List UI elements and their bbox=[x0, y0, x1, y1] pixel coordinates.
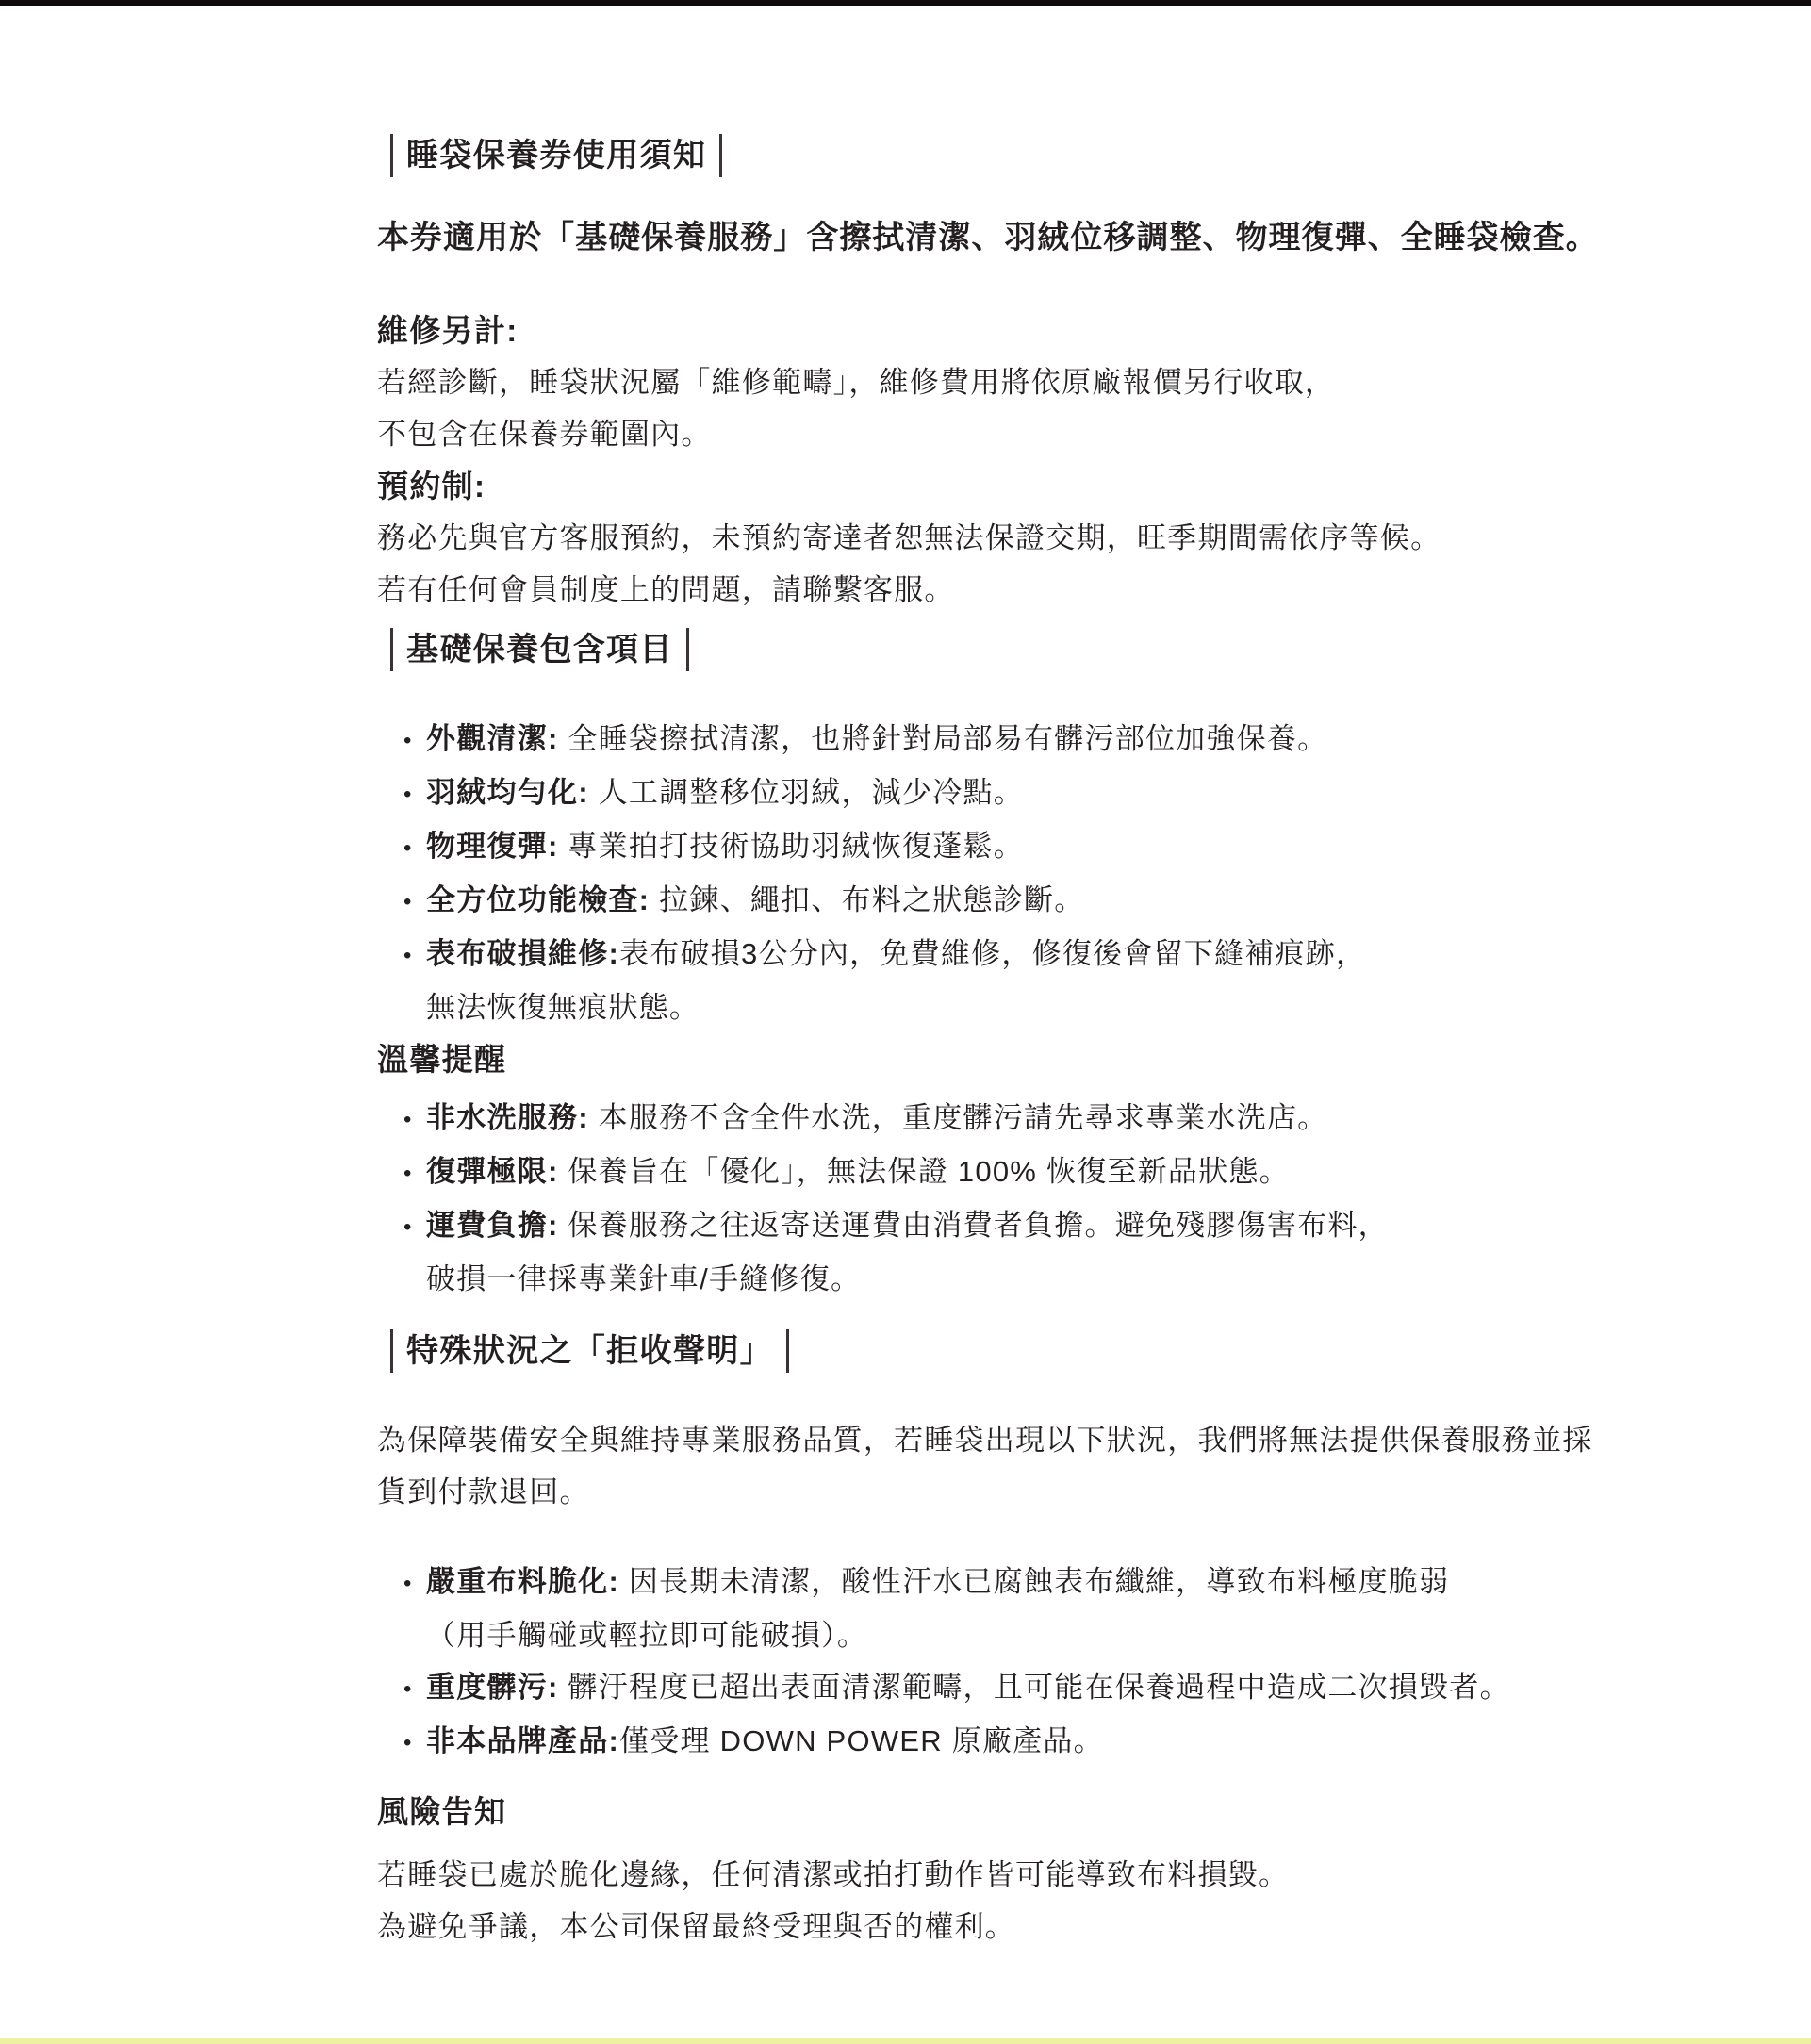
list-item: •物理復彈: 專業拍打技術協助羽絨恢復蓬鬆。 bbox=[377, 820, 1527, 874]
bullet-icon: • bbox=[403, 1663, 426, 1715]
title-right-bar bbox=[719, 134, 722, 177]
list-item: •表布破損維修:表布破損3公分內，免費維修，修復後會留下縫補痕跡， bbox=[377, 928, 1527, 981]
repair-heading: 維修另計: bbox=[377, 305, 1527, 356]
bullet-icon: • bbox=[403, 1558, 426, 1609]
list-item: •全方位功能檢查: 拉鍊、繩扣、布料之狀態診斷。 bbox=[377, 874, 1527, 928]
bullet-icon: • bbox=[403, 822, 426, 874]
list-item: •重度髒污: 髒汙程度已超出表面清潔範疇，且可能在保養過程中造成二次損毀者。 bbox=[377, 1661, 1527, 1715]
list-item-continuation: （用手觸碰或輕拉即可能破損）。 bbox=[377, 1609, 1527, 1661]
list-item: •運費負擔: 保養服務之往返寄送運費由消費者負擔。避免殘膠傷害布料， bbox=[377, 1199, 1527, 1253]
reminder-heading: 溫馨提醒 bbox=[377, 1033, 1527, 1085]
rejection-list: •嚴重布料脆化: 因長期未清潔，酸性汗水已腐蝕表布纖維，導致布料極度脆弱 （用手… bbox=[377, 1556, 1527, 1769]
list-item: •外觀清潔: 全睡袋擦拭清潔，也將針對局部易有髒污部位加強保養。 bbox=[377, 713, 1527, 766]
risk-paragraph: 若睡袋已處於脆化邊緣，任何清潔或拍打動作皆可能導致布料損毀。 為避免爭議，本公司… bbox=[377, 1849, 1527, 1953]
included-list: •外觀清潔: 全睡袋擦拭清潔，也將針對局部易有髒污部位加強保養。 •羽絨均勻化:… bbox=[377, 713, 1527, 1033]
included-title-right-bar bbox=[686, 628, 689, 671]
rejection-title-right-bar bbox=[786, 1329, 789, 1373]
bullet-icon: • bbox=[403, 876, 426, 928]
list-item: •非水洗服務: 本服務不含全件水洗，重度髒污請先尋求專業水洗店。 bbox=[377, 1092, 1527, 1146]
bullet-icon: • bbox=[403, 768, 426, 820]
list-item: •嚴重布料脆化: 因長期未清潔，酸性汗水已腐蝕表布纖維，導致布料極度脆弱 bbox=[377, 1556, 1527, 1609]
bullet-icon: • bbox=[403, 930, 426, 981]
bullet-icon: • bbox=[403, 715, 426, 766]
bullet-icon: • bbox=[403, 1717, 426, 1769]
page-title-text: 睡袋保養券使用須知 bbox=[393, 128, 719, 183]
included-title-text: 基礎保養包含項目 bbox=[393, 622, 686, 677]
booking-line-2: 若有任何會員制度上的問題，請聯繫客服。 bbox=[377, 564, 1527, 616]
rejection-para-line-1: 為保障裝備安全與維持專業服務品質，若睡袋出現以下狀況，我們將無法提供保養服務並採 bbox=[377, 1414, 1527, 1466]
repair-line-2: 不包含在保養券範圍內。 bbox=[377, 408, 1527, 460]
bullet-icon: • bbox=[403, 1147, 426, 1199]
risk-heading: 風險告知 bbox=[377, 1786, 1527, 1838]
terms-section: 維修另計: 若經診斷，睡袋狀況屬「維修範疇」，維修費用將依原廠報價另行收取， 不… bbox=[377, 305, 1527, 616]
rejection-para-line-2: 貨到付款退回。 bbox=[377, 1466, 1527, 1518]
included-title: 基礎保養包含項目 bbox=[390, 622, 1527, 677]
rejection-title-text: 特殊狀況之「拒收聲明」 bbox=[393, 1324, 786, 1378]
list-item: •羽絨均勻化: 人工調整移位羽絨，減少冷點。 bbox=[377, 766, 1527, 820]
reminder-list: •非水洗服務: 本服務不含全件水洗，重度髒污請先尋求專業水洗店。 •復彈極限: … bbox=[377, 1092, 1527, 1305]
bottom-yellow-bar bbox=[0, 2038, 1811, 2044]
document-body: 睡袋保養券使用須知 本券適用於「基礎保養服務」含擦拭清潔、羽絨位移調整、物理復彈… bbox=[377, 6, 1527, 1953]
repair-line-1: 若經診斷，睡袋狀況屬「維修範疇」，維修費用將依原廠報價另行收取， bbox=[377, 356, 1527, 408]
intro-line: 本券適用於「基礎保養服務」含擦拭清潔、羽絨位移調整、物理復彈、全睡袋檢查。 bbox=[377, 210, 1527, 265]
bullet-icon: • bbox=[403, 1201, 426, 1253]
booking-heading: 預約制: bbox=[377, 460, 1527, 512]
rejection-paragraph: 為保障裝備安全與維持專業服務品質，若睡袋出現以下狀況，我們將無法提供保養服務並採… bbox=[377, 1414, 1527, 1518]
booking-line-1: 務必先與官方客服預約，未預約寄達者恕無法保證交期，旺季期間需依序等候。 bbox=[377, 512, 1527, 564]
list-item: •非本品牌產品:僅受理 DOWN POWER 原廠產品。 bbox=[377, 1715, 1527, 1769]
bullet-icon: • bbox=[403, 1094, 426, 1146]
list-item-continuation: 無法恢復無痕狀態。 bbox=[377, 981, 1527, 1033]
page-title: 睡袋保養券使用須知 bbox=[390, 128, 1527, 183]
list-item-continuation: 破損一律採專業針車/手縫修復。 bbox=[377, 1253, 1527, 1305]
list-item: •復彈極限: 保養旨在「優化」，無法保證 100% 恢復至新品狀態。 bbox=[377, 1146, 1527, 1199]
rejection-title: 特殊狀況之「拒收聲明」 bbox=[390, 1324, 1527, 1378]
risk-line-1: 若睡袋已處於脆化邊緣，任何清潔或拍打動作皆可能導致布料損毀。 bbox=[377, 1849, 1527, 1901]
risk-line-2: 為避免爭議，本公司保留最終受理與否的權利。 bbox=[377, 1901, 1527, 1953]
